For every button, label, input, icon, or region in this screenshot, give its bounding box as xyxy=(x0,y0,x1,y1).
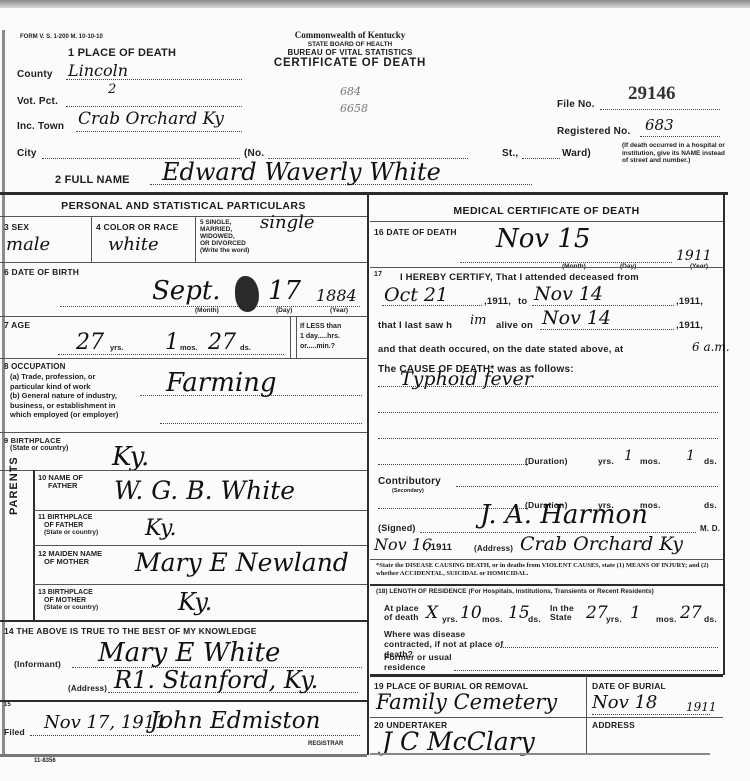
file-no-value: 29146 xyxy=(628,83,676,105)
attended-to-year: ,1911, xyxy=(676,296,703,307)
date-of-death-year: 1911 xyxy=(676,248,712,264)
divider xyxy=(33,545,367,546)
duration-label: (Duration) xyxy=(525,456,568,466)
age-months-unit: mos. xyxy=(180,344,198,351)
sex-value: male xyxy=(6,234,50,255)
age-years: 27 xyxy=(76,330,104,355)
burial-date-label: DATE OF BURIAL xyxy=(592,681,666,691)
county-value: Lincoln xyxy=(68,61,128,80)
age-years-unit: yrs. xyxy=(110,344,123,351)
at-place-mos-unit: mos. xyxy=(482,614,503,624)
informant-value: Mary E White xyxy=(98,638,280,668)
death-certificate: FORM V. S. 1-200 M. 10-10-10 Commonwealt… xyxy=(0,0,750,781)
alive-on-label: alive on xyxy=(496,320,533,331)
commonwealth-title: Commonwealth of Kentucky xyxy=(250,30,450,40)
header-divider xyxy=(0,192,728,195)
former-residence-label: Former or usual residence xyxy=(384,652,464,672)
race-value: white xyxy=(108,234,159,255)
file-no-field: 29146 xyxy=(600,97,720,110)
in-state-label: In the State xyxy=(550,604,590,622)
burial-place-value: Family Cemetery xyxy=(376,690,557,714)
registered-no-label: Registered No. xyxy=(557,126,630,137)
attended-to-date: Nov 14 xyxy=(534,283,603,305)
registrar-signature: John Edmiston xyxy=(150,708,320,734)
at-place-mos: 10 xyxy=(460,603,482,623)
date-of-death-value: Nov 15 xyxy=(496,224,590,254)
dob-day-sub: (Day) xyxy=(276,307,292,314)
full-name-label: 2 FULL NAME xyxy=(55,174,130,186)
signed-date: Nov 16 xyxy=(374,535,432,554)
vot-pct-label: Vot. Pct. xyxy=(17,96,58,107)
physician-address-label: (Address) xyxy=(474,544,513,553)
attended-from-year: ,1911, xyxy=(484,296,511,307)
dob-month-sub: (Month) xyxy=(195,307,219,314)
column-divider xyxy=(367,195,369,755)
at-place-label: At place of death xyxy=(384,604,428,622)
death-occurred-label: and that death occured, on the date stat… xyxy=(378,344,623,355)
divider xyxy=(370,559,723,560)
informant-address-value: R1. Stanford, Ky. xyxy=(114,666,318,694)
divider xyxy=(296,316,297,358)
divider xyxy=(370,267,723,268)
attended-from-date: Oct 21 xyxy=(384,284,448,306)
contributory-sub: (Secondary) xyxy=(392,488,424,495)
section-15-number: 15 xyxy=(4,702,11,708)
ward-field xyxy=(522,146,560,159)
divider xyxy=(0,470,367,471)
cause-line-3 xyxy=(378,436,718,439)
duration-ds-unit: ds. xyxy=(704,456,717,466)
at-place-ds-unit: ds. xyxy=(528,614,541,624)
physician-signature: J. A. Harmon xyxy=(480,500,648,530)
at-place-yrs: X xyxy=(426,603,438,623)
inc-town-value: Crab Orchard Ky xyxy=(78,109,224,129)
certify-number: 17 xyxy=(374,271,382,278)
ink-blot xyxy=(235,276,259,312)
margin-note-1: 684 xyxy=(340,85,361,98)
registrar-label: REGISTRAR xyxy=(308,741,343,748)
date-of-death-label: 16 DATE OF DEATH xyxy=(374,227,457,237)
in-state-ds-unit: ds. xyxy=(704,614,717,624)
contrib-ds-unit: ds. xyxy=(704,500,717,510)
in-state-ds: 27 xyxy=(680,603,702,623)
divider xyxy=(0,432,367,433)
duration-ds-value: 1 xyxy=(686,448,695,464)
occupation-value: Farming xyxy=(166,368,277,398)
duration-mos-unit: mos. xyxy=(640,456,661,466)
ward-label: Ward) xyxy=(562,148,591,159)
marital-value: single xyxy=(260,212,315,233)
dob-year: 1884 xyxy=(316,286,357,305)
birthplace-label: 9 BIRTHPLACE xyxy=(4,436,61,445)
father-birthplace-value: Ky. xyxy=(145,516,177,541)
full-name-value: Edward Waverly White xyxy=(162,158,441,186)
contributory-field xyxy=(456,484,718,487)
date-of-birth-label: 6 DATE OF BIRTH xyxy=(4,267,79,277)
birthplace-sub: (State or country) xyxy=(10,445,68,452)
divider xyxy=(33,510,367,511)
last-saw-label: that I last saw h xyxy=(378,320,452,331)
full-name-field: Edward Waverly White xyxy=(150,172,532,185)
attended-to-label: to xyxy=(518,296,527,307)
city-label: City xyxy=(17,148,37,159)
street-label: St., xyxy=(502,148,518,159)
death-time: 6 a.m. xyxy=(692,340,730,354)
divider xyxy=(0,700,367,702)
mother-birthplace-value: Ky. xyxy=(178,588,212,616)
bureau-title: BUREAU OF VITAL STATISTICS xyxy=(250,48,450,57)
divider xyxy=(91,216,92,262)
dob-day: 17 xyxy=(268,276,301,306)
document-title: CERTIFICATE OF DEATH xyxy=(250,57,450,69)
undertaker-address-label: ADDRESS xyxy=(592,720,635,730)
age-days: 27 xyxy=(208,330,236,355)
at-place-yrs-unit: yrs. xyxy=(442,614,458,624)
in-state-mos-unit: mos. xyxy=(656,614,677,624)
mother-birthplace-label: 13 BIRTHPLACE OF MOTHER (State or countr… xyxy=(38,589,98,612)
divider xyxy=(370,221,723,222)
divider xyxy=(195,216,196,262)
scan-left-edge xyxy=(2,30,5,755)
cause-line-2 xyxy=(378,410,718,413)
vot-pct-value: 2 xyxy=(108,82,116,97)
physician-address-value: Crab Orchard Ky xyxy=(520,533,683,555)
personal-section-title: PERSONAL AND STATISTICAL PARTICULARS xyxy=(0,200,367,212)
place-of-death-label: 1 PLACE OF DEATH xyxy=(68,47,176,59)
undertaker-value: J C McClary xyxy=(382,727,535,756)
file-no-label: File No. xyxy=(557,99,595,110)
filed-label: Filed xyxy=(4,727,25,737)
county-field: Lincoln xyxy=(66,67,242,80)
in-state-mos: 1 xyxy=(630,603,641,623)
residence-label: (18) LENGTH OF RESIDENCE (For Hospitals,… xyxy=(376,588,721,596)
father-name-label: 10 NAME OF FATHER xyxy=(38,474,83,490)
hospital-note: (If death occurred in a hospital or inst… xyxy=(622,142,728,165)
divider xyxy=(33,584,367,585)
duration-yrs-unit: yrs. xyxy=(598,456,614,466)
sex-label: 3 SEX xyxy=(4,222,29,232)
registered-no-field: 683 xyxy=(640,124,720,137)
burial-date-value: Nov 18 xyxy=(592,692,657,713)
divider xyxy=(370,674,723,677)
medical-section-title: MEDICAL CERTIFICATE OF DEATH xyxy=(370,205,723,217)
md-label: M. D. xyxy=(700,524,720,533)
where-contracted-field xyxy=(500,645,718,648)
occupation-label: 8 OCCUPATION xyxy=(4,362,66,371)
alive-on-date: Nov 14 xyxy=(542,307,611,329)
signed-year: , 1911 xyxy=(425,542,452,553)
inc-town-field: Crab Orchard Ky xyxy=(76,119,242,132)
certify-statement: I HEREBY CERTIFY, That I attended deceas… xyxy=(400,272,639,283)
informant-statement: 14 THE ABOVE IS TRUE TO THE BEST OF MY K… xyxy=(4,626,257,636)
birthplace-value: Ky. xyxy=(112,442,149,472)
mother-name-value: Mary E Newland xyxy=(135,548,349,577)
race-label: 4 COLOR OR RACE xyxy=(96,222,178,232)
divider xyxy=(586,677,587,753)
signed-label: (Signed) xyxy=(378,523,416,533)
occupation-field-b xyxy=(160,421,362,424)
vot-pct-field: 2 xyxy=(66,94,242,107)
footer-code: 11-8356 xyxy=(34,758,56,765)
bottom-border xyxy=(0,754,367,757)
alive-on-year: ,1911, xyxy=(676,320,703,331)
divider xyxy=(0,316,367,317)
father-name-value: W. G. B. White xyxy=(114,476,295,505)
in-state-yrs: 27 xyxy=(586,603,608,623)
cause-line-4 xyxy=(378,462,528,465)
divider xyxy=(370,717,723,718)
occupation-instructions: (a) Trade, profession, or particular kin… xyxy=(10,372,118,420)
divider xyxy=(370,584,723,586)
inc-town-label: Inc. Town xyxy=(17,121,64,132)
divider xyxy=(290,316,291,358)
age-label: 7 AGE xyxy=(4,320,30,330)
informant-address-label: (Address) xyxy=(68,684,107,693)
certificate-header: Commonwealth of Kentucky STATE BOARD OF … xyxy=(250,30,450,69)
margin-note-2: 6658 xyxy=(340,102,368,115)
right-border xyxy=(723,195,725,675)
cause-of-death-value: Typhoid fever xyxy=(400,368,533,390)
county-label: County xyxy=(17,69,53,80)
contributory-label: Contributory xyxy=(378,476,441,487)
scan-top-edge xyxy=(0,0,750,8)
divider xyxy=(0,620,367,622)
filed-date: Nov 17, 1911 xyxy=(44,712,167,733)
duration-mos-value: 1 xyxy=(624,448,633,464)
dob-month: Sept. xyxy=(152,276,221,306)
age-months: 1 xyxy=(165,330,179,355)
in-state-yrs-unit: yrs. xyxy=(606,614,622,624)
registered-no-value: 683 xyxy=(645,116,674,134)
former-residence-field xyxy=(454,668,718,671)
mother-name-label: 12 MAIDEN NAME OF MOTHER xyxy=(38,550,102,566)
last-saw-pronoun: im xyxy=(470,313,487,328)
dob-year-sub: (Year) xyxy=(330,307,348,314)
divider xyxy=(0,262,367,263)
cause-footnote: *State the DISEASE CAUSING DEATH, or in … xyxy=(376,562,721,578)
divider xyxy=(0,358,367,359)
form-number: FORM V. S. 1-200 M. 10-10-10 xyxy=(20,34,103,41)
at-place-ds: 15 xyxy=(508,603,530,623)
burial-date-year: 1911 xyxy=(686,700,717,714)
marital-label: 5 SINGLE, MARRIED, WIDOWED, OR DIVORCED … xyxy=(200,219,249,254)
board-title: STATE BOARD OF HEALTH xyxy=(250,41,450,48)
age-days-unit: ds. xyxy=(240,344,251,351)
bottom-border xyxy=(370,753,710,755)
less-than-day-note: If LESS than 1 day.....hrs. or.....min.? xyxy=(300,322,341,352)
informant-label: (Informant) xyxy=(14,659,61,669)
father-birthplace-label: 11 BIRTHPLACE OF FATHER (State or countr… xyxy=(38,514,98,537)
parents-side-label: PARENTS xyxy=(8,501,20,515)
